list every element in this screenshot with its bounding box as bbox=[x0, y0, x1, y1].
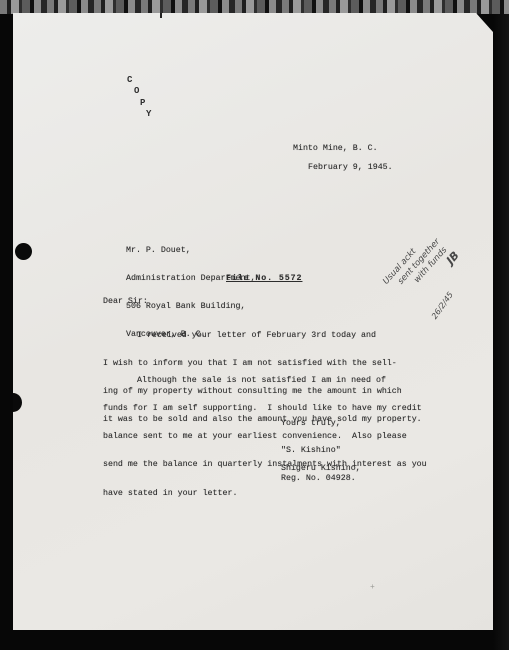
letter-page: C O P Y Minto Mine, B. C. February 9, 19… bbox=[13, 13, 493, 630]
scan-right-margin-shade bbox=[493, 14, 509, 650]
scanned-letter-screenshot: { "colors": { "background": "#070707", "… bbox=[0, 0, 509, 650]
body-line: Although the sale is not satisfied I am … bbox=[103, 376, 427, 385]
body-paragraph-2: Although the sale is not satisfied I am … bbox=[103, 357, 427, 517]
file-number: File No. 5572 bbox=[226, 274, 302, 283]
hole-punch bbox=[15, 243, 32, 260]
signature-quoted: "S. Kishino" bbox=[281, 446, 341, 455]
copy-stamp-letter: C bbox=[127, 75, 132, 85]
body-line: funds for I am self supporting. I should… bbox=[103, 404, 427, 413]
body-line: I received your letter of February 3rd t… bbox=[103, 331, 422, 340]
letter-date: February 9, 1945. bbox=[308, 163, 393, 172]
body-line: send me the balance in quarterly instalm… bbox=[103, 460, 427, 469]
scan-edge-tick bbox=[160, 13, 162, 18]
recipient-line: Mr. P. Douet, bbox=[126, 246, 255, 255]
closing: Yours truly, bbox=[281, 419, 341, 428]
annotation-date: 26/2/45 bbox=[430, 290, 455, 320]
microfilm-stripe-band bbox=[0, 0, 509, 14]
handwritten-annotation: Usual ackt sent together with funds JB bbox=[381, 197, 489, 310]
body-line: balance sent to me at your earliest conv… bbox=[103, 432, 427, 441]
copy-stamp-letter: Y bbox=[146, 109, 151, 119]
letter-place: Minto Mine, B. C. bbox=[293, 144, 378, 153]
salutation: Dear Sir: bbox=[103, 297, 148, 306]
signer-name: Shigeru Kishino, bbox=[281, 464, 361, 473]
signer-reg-no: Reg. No. 04928. bbox=[281, 474, 356, 483]
copy-stamp-letter: O bbox=[134, 86, 139, 96]
body-line: have stated in your letter. bbox=[103, 489, 427, 498]
faint-scan-mark: + bbox=[370, 583, 375, 592]
copy-stamp-letter: P bbox=[140, 98, 145, 108]
hole-punch bbox=[4, 393, 22, 412]
